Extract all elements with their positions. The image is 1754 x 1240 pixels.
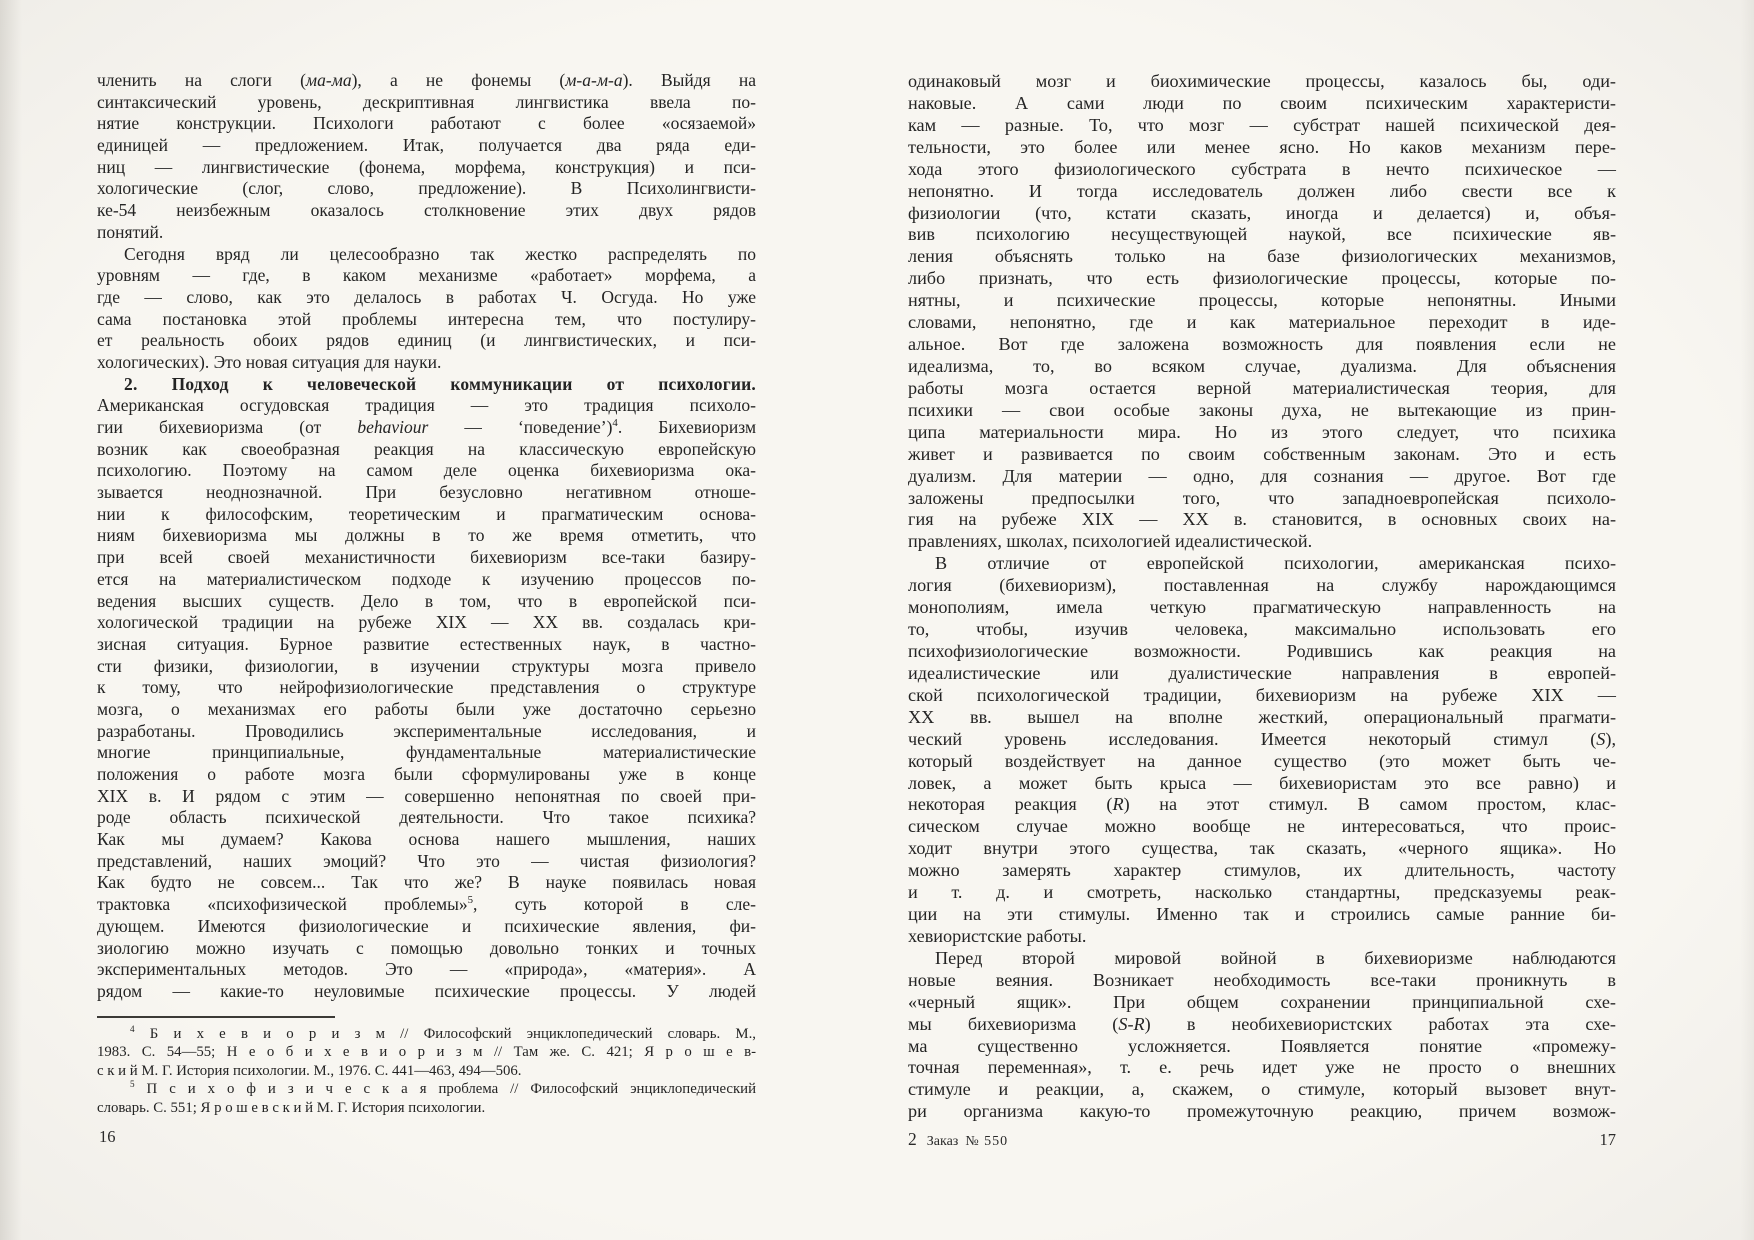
text-line: психики — свои особые законы духа, не вы… — [908, 400, 1616, 422]
text-line: идеалистические или дуалистические напра… — [908, 663, 1616, 685]
text-line: нии к философским, теоретическим и прагм… — [97, 504, 756, 526]
text-line: психологию. Поэтому на самом деле оценка… — [97, 460, 756, 482]
text-line: уровням — где, в каком механизме «работа… — [97, 265, 756, 287]
text-line: сическом случае можно вообще не интересо… — [908, 816, 1616, 838]
text-line: хевиористские работы. — [908, 926, 1616, 948]
text-line: стимуле и реакции, а, скажем, о стимуле,… — [908, 1079, 1616, 1101]
text-line: ниям бихевиоризма мы должны в то же врем… — [97, 525, 756, 547]
text-line: мозга, о механизмах его работы были уже … — [97, 699, 756, 721]
footnote-rule — [97, 1016, 335, 1018]
text-line: ведения высших существ. Дело в том, что … — [97, 591, 756, 613]
text-line: Как будто не совсем... Так что же? В нау… — [97, 872, 756, 894]
text-line: хологической традиции на рубеже XIX — XX… — [97, 612, 756, 634]
right-page-text: одинаковый мозг и биохимические процессы… — [908, 71, 1616, 1123]
text-line: нятие конструкции. Психологи работают с … — [97, 113, 756, 135]
text-line: ма существенно усложняется. Появляется п… — [908, 1036, 1616, 1058]
text-line: наковые. А сами люди по своим психически… — [908, 93, 1616, 115]
text-line: ке-54 неизбежным оказалось столкновение … — [97, 200, 756, 222]
text-line: XX вв. вышел на вполне жесткий, операцио… — [908, 707, 1616, 729]
text-line: хода этого физиологического субстрата в … — [908, 159, 1616, 181]
text-line: ется на материалистическом подходе к изу… — [97, 569, 756, 591]
text-line: альное. Вот где заложена возможность для… — [908, 334, 1616, 356]
text-line: ской психологической традиции, бихевиори… — [908, 685, 1616, 707]
text-line: сти физики, физиологии, в изучении струк… — [97, 656, 756, 678]
text-line: синтаксический уровень, дескриптивная ли… — [97, 92, 756, 114]
text-line: ловек, а может быть крыса — бихевиориста… — [908, 773, 1616, 795]
text-line: ри организма какую-то промежуточную реак… — [908, 1101, 1616, 1123]
text-line: дующем. Имеются физиологические и психич… — [97, 916, 756, 938]
text-line: зисная ситуация. Бурное развитие естеств… — [97, 634, 756, 656]
text-line: «черный ящик». При общем сохранении прин… — [908, 992, 1616, 1014]
text-line: новые веяния. Возникает необходимость вс… — [908, 970, 1616, 992]
text-line: гии бихевиоризма (от behaviour — ‘поведе… — [97, 417, 756, 439]
text-line: трактовка «психофизической проблемы»5, с… — [97, 894, 756, 916]
text-line: Сегодня вряд ли целесообразно так жестко… — [97, 244, 756, 266]
text-line: членить на слоги (ма-ма), а не фонемы (м… — [97, 70, 756, 92]
text-line: Американская осгудовская традиция — это … — [97, 395, 756, 417]
text-line: зиологию можно изучать с помощью довольн… — [97, 938, 756, 960]
text-line: точная переменная», т. е. речь идет уже … — [908, 1057, 1616, 1079]
text-line: 4 Б и х е в и о р и з м // Философский э… — [97, 1025, 756, 1043]
text-line: рядом — какие-то неуловимые психические … — [97, 981, 756, 1003]
text-line: XIX в. И рядом с этим — совершенно непон… — [97, 786, 756, 808]
text-line: возник как своеобразная реакция на класс… — [97, 439, 756, 461]
text-line: 1983. С. 54—55; Н е о б и х е в и о р и … — [97, 1043, 756, 1061]
text-line: зывается неоднозначной. При безусловно н… — [97, 482, 756, 504]
text-line: ниц — лингвистические (фонема, морфема, … — [97, 157, 756, 179]
text-line: Как мы думаем? Какова основа нашего мышл… — [97, 829, 756, 851]
text-line: либо признать, что есть физиологические … — [908, 268, 1616, 290]
text-line: то, чтобы, изучив человека, максимально … — [908, 619, 1616, 641]
text-line: можно замерять характер стимулов, их дли… — [908, 860, 1616, 882]
book-spread: членить на слоги (ма-ма), а не фонемы (м… — [0, 0, 1754, 1240]
text-line: многие принципиальные, фундаментальные м… — [97, 742, 756, 764]
text-line: словами, непонятно, где и как материальн… — [908, 312, 1616, 334]
text-line: 5 П с и х о ф и з и ч е с к а я проблема… — [97, 1080, 756, 1098]
text-line: роде область психической деятельности. Ч… — [97, 807, 756, 829]
text-line: ходит внутри этого существа, так сказать… — [908, 838, 1616, 860]
printers-mark-label: Заказ — [927, 1134, 959, 1149]
text-line: вив психологию несуществующей наукой, вс… — [908, 224, 1616, 246]
printers-mark-number: № 550 — [965, 1134, 1008, 1149]
text-line: правлениях, школах, психологией идеалист… — [908, 531, 1616, 553]
text-line: сама постановка этой проблемы интересна … — [97, 309, 756, 331]
text-line: ципа материальности мира. Но из этого сл… — [908, 422, 1616, 444]
text-line: кам — разные. То, что мозг — субстрат на… — [908, 115, 1616, 137]
text-line: живет и развивается по своим собственным… — [908, 444, 1616, 466]
text-line: с к и й М. Г. История психологии. М., 19… — [97, 1062, 756, 1080]
text-line: некоторая реакция (R) на этот стимул. В … — [908, 794, 1616, 816]
text-line: к тому, что нейрофизиологические предста… — [97, 677, 756, 699]
text-line: физиологии (что, кстати сказать, иногда … — [908, 203, 1616, 225]
text-line: понятий. — [97, 222, 756, 244]
page-number-left: 16 — [99, 1127, 116, 1147]
text-line: при всей своей механистичности бихевиори… — [97, 547, 756, 569]
text-line: представлений, наших эмоций? Что это — ч… — [97, 851, 756, 873]
text-line: ет реальность обоих рядов единиц (и линг… — [97, 330, 756, 352]
text-line: 2. Подход к человеческой коммуникации от… — [97, 374, 756, 396]
text-line: где — слово, как это делалось в работах … — [97, 287, 756, 309]
text-line: гия на рубеже XIX — XX в. становится, в … — [908, 509, 1616, 531]
text-line: заложены предпосылки того, что западноев… — [908, 488, 1616, 510]
text-line: ческий уровень исследования. Имеется нек… — [908, 729, 1616, 751]
left-page-footnotes: 4 Б и х е в и о р и з м // Философский э… — [97, 1025, 756, 1117]
left-page-text: членить на слоги (ма-ма), а не фонемы (м… — [97, 70, 756, 1003]
text-line: работы мозга остается верной материалист… — [908, 378, 1616, 400]
right-page-footer: 2Заказ № 550 17 — [908, 1129, 1616, 1150]
text-line: хологических). Это новая ситуация для на… — [97, 352, 756, 374]
text-line: монополиям, имела четкую прагматическую … — [908, 597, 1616, 619]
signature-number: 2 — [908, 1129, 917, 1149]
text-line: дуализм. Для материи — одно, для сознани… — [908, 466, 1616, 488]
printers-mark: 2Заказ № 550 — [908, 1129, 1008, 1150]
text-line: идеализма, то, во всяком случае, дуализм… — [908, 356, 1616, 378]
text-line: В отличие от европейской психологии, аме… — [908, 553, 1616, 575]
text-line: экспериментальных методов. Это — «природ… — [97, 959, 756, 981]
text-line: единицей — предложением. Итак, получаетс… — [97, 135, 756, 157]
text-line: хологические (слог, слово, предложение).… — [97, 178, 756, 200]
text-line: положения о работе мозга были сформулиро… — [97, 764, 756, 786]
text-line: словарь. С. 551; Я р о ш е в с к и й М. … — [97, 1099, 756, 1117]
text-line: ления объяснять только на базе физиологи… — [908, 246, 1616, 268]
text-line: психофизиологические возможности. Родивш… — [908, 641, 1616, 663]
text-line: мы бихевиоризма (S-R) в необихевиористск… — [908, 1014, 1616, 1036]
text-line: который воздействует на данное существо … — [908, 751, 1616, 773]
text-line: разработаны. Проводились экспериментальн… — [97, 721, 756, 743]
text-line: ции на эти стимулы. Именно так и строили… — [908, 904, 1616, 926]
text-line: непонятно. И тогда исследователь должен … — [908, 181, 1616, 203]
text-line: Перед второй мировой войной в бихевиориз… — [908, 948, 1616, 970]
text-line: и т. д. и смотреть, насколько стандартны… — [908, 882, 1616, 904]
text-line: логия (бихевиоризм), поставленная на слу… — [908, 575, 1616, 597]
text-line: одинаковый мозг и биохимические процессы… — [908, 71, 1616, 93]
text-line: тельности, это более или менее ясно. Но … — [908, 137, 1616, 159]
text-line: нятны, и психические процессы, которые н… — [908, 290, 1616, 312]
page-number-right: 17 — [1600, 1130, 1617, 1150]
